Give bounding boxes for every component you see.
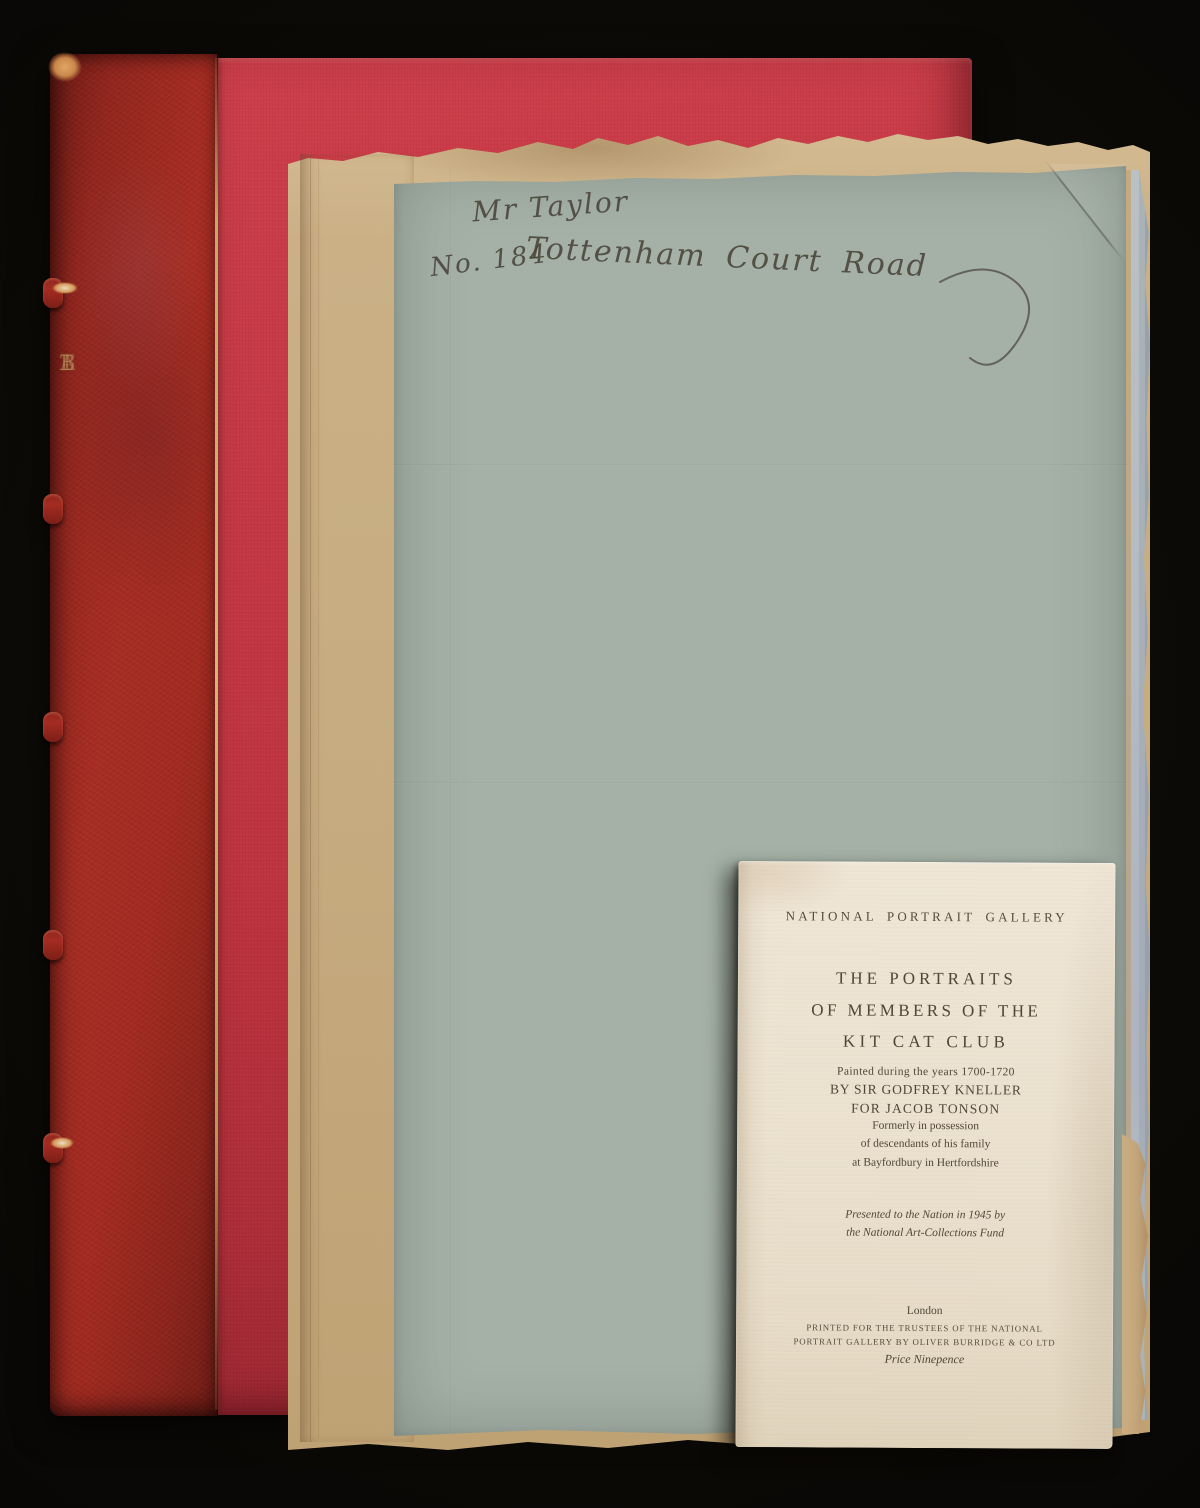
- pamphlet-title-line: OF MEMBERS OF THE: [738, 1001, 1115, 1022]
- pamphlet-presentation: Presented to the Nation in 1945 by: [737, 1208, 1114, 1223]
- pamphlet-byline: FOR JACOB TONSON: [737, 1101, 1114, 1118]
- pamphlet-title-line: THE PORTRAITS: [738, 969, 1115, 990]
- spine-band-wear: [52, 282, 78, 294]
- photo-stage: A T B Mr Taylor No. 184 Tottenham Court …: [0, 0, 1200, 1508]
- cover-crease-vertical: [450, 168, 452, 1432]
- pamphlet-title-line: KIT CAT CLUB: [738, 1032, 1115, 1053]
- inscription-flourish: [934, 264, 1084, 374]
- pamphlet-price: Price Ninepence: [736, 1352, 1113, 1367]
- pamphlet-byline: BY SIR GODFREY KNELLER: [737, 1082, 1114, 1099]
- folio-spine-fold-line: [310, 154, 311, 1442]
- spine-raised-band: [43, 494, 63, 524]
- pamphlet-provenance: Formerly in possession: [737, 1119, 1114, 1134]
- pamphlet-imprint: PORTRAIT GALLERY BY OLIVER BURRIDGE & CO…: [736, 1337, 1113, 1349]
- pamphlet-imprint: PRINTED FOR THE TRUSTEES OF THE NATIONAL: [736, 1323, 1113, 1335]
- cover-crease-horizontal: [394, 464, 1126, 466]
- pamphlet-provenance: at Bayfordbury in Hertfordshire: [737, 1156, 1114, 1171]
- spine-raised-band: [43, 930, 63, 960]
- spine-band-wear: [50, 1137, 74, 1149]
- pamphlet-subtitle: Painted during the years 1700-1720: [737, 1065, 1114, 1080]
- pamphlet-header: NATIONAL PORTRAIT GALLERY: [738, 909, 1115, 925]
- book-spine-leather: A T B: [50, 54, 217, 1416]
- pamphlet-city: London: [736, 1304, 1113, 1319]
- spine-raised-band: [43, 712, 63, 742]
- cover-crease-horizontal: [394, 782, 1126, 784]
- pamphlet-provenance: of descendants of his family: [737, 1137, 1114, 1152]
- pamphlet-presentation: the National Art-Collections Fund: [737, 1226, 1114, 1241]
- npg-pamphlet: NATIONAL PORTRAIT GALLERY THE PORTRAITS …: [735, 861, 1115, 1449]
- folio-spine-fold-line: [318, 158, 319, 1438]
- spine-letter: B: [60, 342, 75, 384]
- spine-corner-wear: [48, 52, 82, 82]
